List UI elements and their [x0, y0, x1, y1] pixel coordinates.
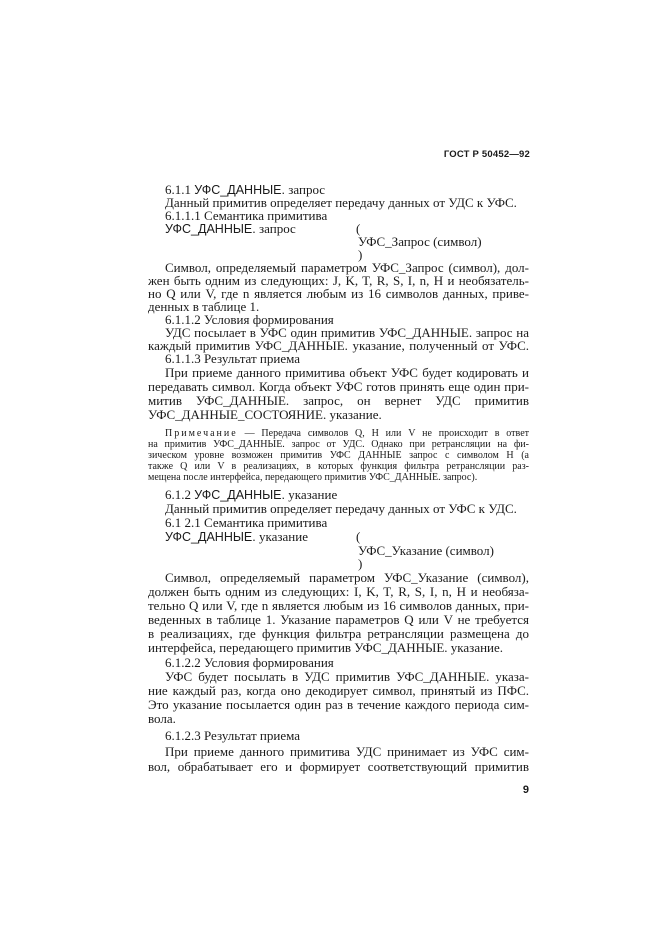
subsection-heading-6-1-1-2: 6.1.1.2 Условия формирования	[165, 313, 529, 327]
paragraph-line: в реализациях, где функция фильтра ретра…	[148, 627, 529, 641]
primitive-suffix: запрос	[259, 221, 296, 236]
paragraph-line: УДС посылает в УФС один примитив УФС_ДАН…	[165, 326, 529, 340]
paragraph-line: митив УФС_ДАННЫЕ. запрос, он вернет УДС …	[148, 394, 529, 408]
paren-close: )	[358, 248, 362, 262]
subsection-heading-6-1-2-2: 6.1.2.2 Условия формирования	[165, 656, 529, 670]
paragraph-line: передавать символ. Когда объект УФС гото…	[148, 380, 529, 394]
primitive-name: УФС_ДАННЫЕ.	[194, 488, 285, 502]
subsection-heading-6-1-1-1: 6.1.1.1 Семантика примитива	[165, 209, 529, 223]
paragraph-line: При приеме данного примитива объект УФС …	[165, 366, 529, 380]
standard-header: ГОСТ Р 50452—92	[420, 149, 530, 160]
paren-open: (	[356, 530, 360, 544]
primitive-name: УФС_ДАННЫЕ.	[165, 222, 256, 236]
paragraph-line: веденных в таблице 1. Указание параметро…	[148, 613, 529, 627]
primitive-signature: УФС_ДАННЫЕ. указание	[165, 530, 529, 544]
note-line: на примитив УФС_ДАННЫЕ. запрос от УДС. О…	[148, 439, 529, 450]
paragraph-line: Символ, определяемый параметром УФС_Указ…	[165, 571, 529, 585]
primitive-name: УФС_ДАННЫЕ.	[165, 530, 256, 544]
paragraph-line: должен быть одним из следующих: I, K, T,…	[148, 585, 529, 599]
section-description: Данный примитив определяет передачу данн…	[165, 502, 529, 516]
primitive-suffix: указание	[288, 487, 337, 502]
note-line: также Q или V в реализациях, в которых ф…	[148, 461, 529, 472]
section-heading-6-1-2: 6.1.2 УФС_ДАННЫЕ. указание	[165, 488, 529, 502]
note-line: Примечание — Передача символов Q, H или …	[165, 428, 529, 439]
paragraph-line: УФС будет посылать в УДС примитив УФС_ДА…	[165, 670, 529, 684]
paragraph-line: Символ, определяемый параметром УФС_Запр…	[165, 261, 529, 275]
subsection-heading-6-1-2-1: 6.1 2.1 Семантика примитива	[165, 516, 529, 530]
note-line: зическом уровне возможен примитив УФС ДА…	[148, 450, 529, 461]
document-page: ГОСТ Р 50452—92 6.1.1 УФС_ДАННЫЕ. запрос…	[0, 0, 661, 935]
subsection-heading-6-1-1-3: 6.1.1.3 Результат приема	[165, 352, 529, 366]
note-label: Примечание	[165, 428, 238, 439]
paragraph-line: жен быть одним из следующих: J, K, T, R,…	[148, 274, 529, 288]
paragraph-line: Это указание посылается один раз в течен…	[148, 698, 529, 712]
paragraph-line: вола.	[148, 712, 529, 726]
primitive-parameter: УФС_Указание (символ)	[358, 544, 494, 558]
paragraph-line: тельно Q или V, где n является любым из …	[148, 599, 529, 613]
page-number: 9	[500, 784, 529, 796]
paragraph-line: УФС_ДАННЫЕ_СОСТОЯНИЕ. указание.	[148, 408, 529, 422]
paragraph-line: вол, обрабатывает его и формирует соотве…	[148, 760, 529, 774]
paragraph-line: интерфейса, передающего примитив УФС_ДАН…	[148, 641, 529, 655]
subsection-heading-6-1-2-3: 6.1.2.3 Результат приема	[165, 729, 529, 743]
paragraph-line: При приеме данного примитива УДС принима…	[165, 745, 529, 759]
paren-close: )	[358, 557, 362, 571]
paragraph-line: ние каждый раз, когда оно декодирует сим…	[148, 684, 529, 698]
note-line: мещена после интерфейса, передающего при…	[148, 472, 529, 483]
primitive-suffix: указание	[259, 529, 308, 544]
section-number: 6.1.2	[165, 487, 191, 502]
primitive-parameter: УФС_Запрос (символ)	[358, 235, 482, 249]
